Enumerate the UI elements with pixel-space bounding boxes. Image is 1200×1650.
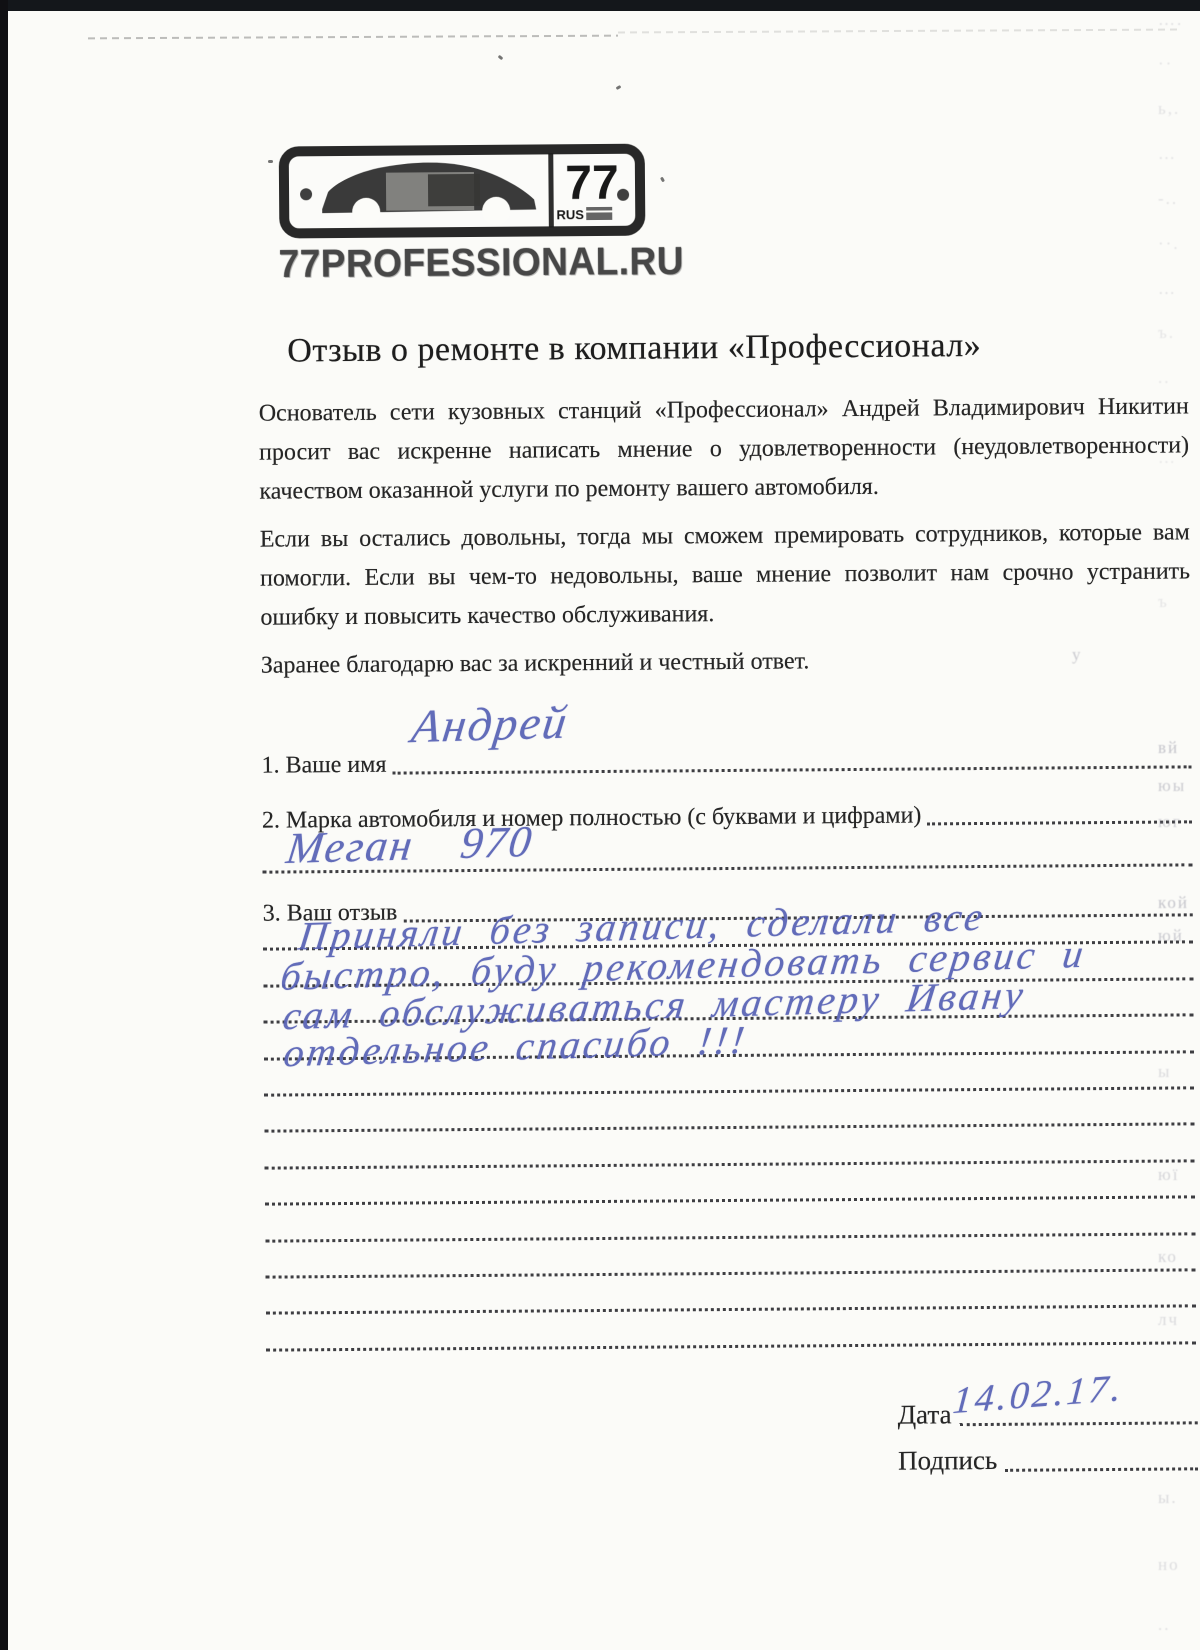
plate-region-number: 77 [565, 157, 619, 210]
company-website-text: 77PROFESSIONAL.RU [278, 240, 646, 287]
bleed-through-artifact: юй [1158, 926, 1184, 946]
bleed-through-artifact: ко [1158, 1247, 1178, 1267]
date-dotted-line [960, 1421, 1198, 1426]
bleed-through-artifact: кой [1158, 893, 1189, 913]
date-label: Дата [898, 1397, 960, 1431]
scan-edge-left [0, 0, 8, 1650]
bleed-through-artifact: … [1158, 448, 1177, 468]
bleed-through-artifact: .. [1158, 1615, 1171, 1635]
scan-edge-top [0, 0, 1200, 11]
bleed-through-artifact: … [1158, 144, 1177, 164]
bleed-through-artifact: … [1158, 279, 1177, 299]
field-name-label: 1. Ваше имя [261, 750, 392, 781]
field-name-row: 1. Ваше имя [261, 743, 1191, 780]
bleed-through-artifact: лч [1158, 1310, 1179, 1330]
bleed-through-artifact: ы. [1158, 1488, 1178, 1508]
handwritten-car: Меган 970 [284, 816, 537, 874]
bleed-through-artifact: юї [1158, 1165, 1179, 1185]
signature-label: Подпись [898, 1443, 1005, 1478]
bleed-through-artifact: у [1072, 645, 1083, 665]
bleed-through-artifact: ь,. [1158, 99, 1180, 119]
license-plate-logo: 77 RUS [278, 143, 647, 240]
plate-region-code: RUS [556, 207, 584, 222]
bleed-through-artifact: но [1158, 1555, 1180, 1575]
bleed-through-artifact: вй [1158, 738, 1179, 758]
bleed-through-artifact: юг [1158, 812, 1182, 832]
handwritten-name: Андрей [409, 696, 572, 755]
bleed-through-artifact: ··. [1158, 234, 1180, 254]
bleed-through-artifact: .. [1158, 368, 1171, 388]
plate-bolt-right [617, 189, 629, 201]
intro-text: Основатель сети кузовных станций «Профес… [259, 387, 1191, 694]
bleed-through-artifact: ъ [1158, 592, 1169, 612]
signature-dotted-line [1005, 1467, 1198, 1472]
bleed-through-artifact: ·· [1158, 54, 1173, 74]
intro-paragraph: Основатель сети кузовных станций «Профес… [259, 387, 1190, 511]
page-title: Отзыв о ремонте в компании «Профессионал… [287, 325, 1192, 370]
intro-paragraph: Если вы остались довольны, тогда мы смож… [260, 513, 1191, 637]
scanned-page: 77 RUS 77PROFESSIONAL.RU Отзыв о ремонте… [0, 0, 1200, 1650]
plate-bolt-left [300, 188, 312, 200]
bleed-through-artifact: ы [1158, 1062, 1171, 1082]
bleed-through-artifact: -.. [1158, 189, 1178, 209]
signature-row: Подпись [898, 1441, 1198, 1477]
name-dotted-line [392, 765, 1191, 774]
bleed-through-artifact: …. [1158, 10, 1183, 30]
company-logo-stamp: 77 RUS 77PROFESSIONAL.RU [278, 143, 647, 286]
bleed-through-artifact: .. [1158, 520, 1171, 540]
intro-paragraph: Заранее благодарю вас за искренний и чес… [261, 639, 1191, 685]
scan-speck [268, 160, 273, 163]
car-dotted-line [927, 820, 1192, 825]
bleed-through-artifact: ъ. [1158, 323, 1175, 343]
bleed-through-artifact: юы [1158, 776, 1186, 796]
